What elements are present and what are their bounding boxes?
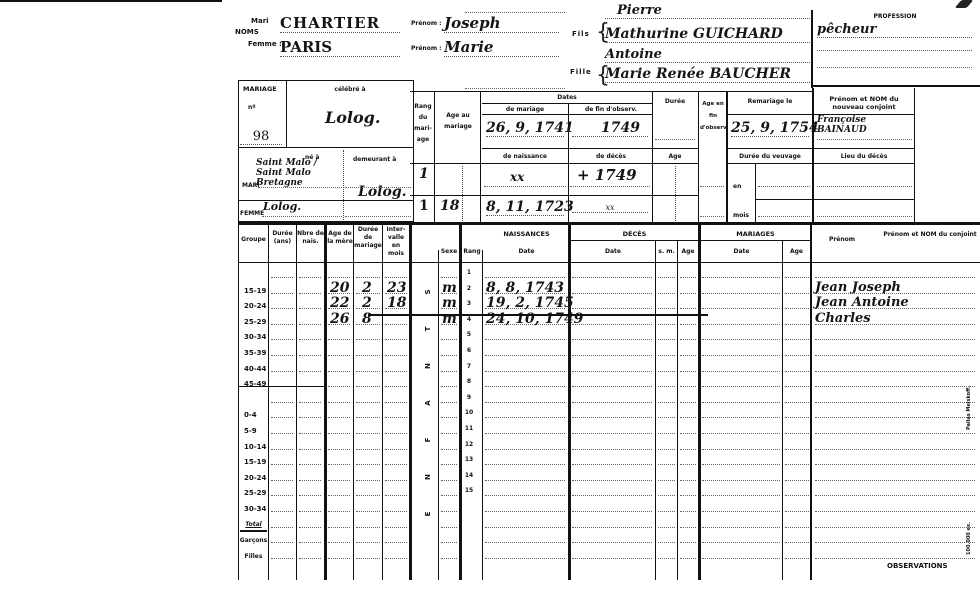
- enfants-letter: E: [424, 508, 432, 520]
- duree-label: Durée: [654, 98, 696, 105]
- row-dotted-line: [356, 495, 380, 496]
- row-dotted-line: [815, 371, 975, 372]
- rang-number: 3: [462, 300, 476, 307]
- no-label: nº: [248, 104, 256, 111]
- row-dotted-line: [702, 542, 780, 543]
- groupe-label: 0-4: [244, 411, 274, 419]
- row-dotted-line: [572, 402, 652, 403]
- row-dotted-line: [785, 558, 809, 559]
- col-border-14: [782, 240, 783, 580]
- mari-deces-field[interactable]: + 1749: [577, 166, 637, 184]
- row-dotted-line: [385, 386, 407, 387]
- row-dotted-line: [271, 324, 293, 325]
- profession-divider: [811, 10, 813, 88]
- noms-label: NOMS: [235, 28, 259, 36]
- child-age-mere[interactable]: 26: [330, 311, 349, 327]
- row-dotted-line: [356, 480, 380, 481]
- row-dotted-line: [785, 339, 809, 340]
- observations-label: OBSERVATIONS: [887, 562, 948, 570]
- row-dotted-line: [271, 542, 293, 543]
- lieu-deces-label-rule: [813, 163, 914, 164]
- groupe-label: 25-29: [244, 489, 274, 497]
- age-fin-line-1: [700, 186, 724, 187]
- hdr-prenom-conjoint: Prénom et NOM du conjoint: [880, 230, 980, 240]
- femme-label-mariage: FEMME: [240, 210, 264, 217]
- rang-number: 5: [462, 331, 476, 338]
- col-border-3: [324, 225, 327, 580]
- row-dotted-line: [441, 386, 457, 387]
- femme-age-field[interactable]: 18: [440, 198, 459, 214]
- rang-number: 6: [462, 347, 476, 354]
- conjoint-line: [817, 139, 912, 140]
- hdr-sm: s. m.: [656, 248, 677, 255]
- row-dotted-line: [328, 371, 350, 372]
- row-dotted-line: [356, 277, 380, 278]
- rang-number: 14: [462, 472, 476, 479]
- femme-label: Femme :: [248, 40, 282, 48]
- row-dotted-line: [271, 355, 293, 356]
- row-dotted-line: [271, 449, 293, 450]
- row-dotted-line: [328, 464, 350, 465]
- lieu-line-2: [817, 216, 912, 217]
- hdr-duree: Durée (ans): [269, 230, 296, 246]
- row-dotted-line: [485, 511, 565, 512]
- row-dotted-line: [485, 449, 565, 450]
- row-dotted-line: [441, 464, 457, 465]
- row-dotted-line: [485, 433, 565, 434]
- row-dotted-line: [658, 402, 675, 403]
- row-dotted-line: [680, 371, 696, 372]
- veuvage-line-2: [758, 216, 810, 217]
- mari-prenom-label: Prénom :: [411, 20, 442, 27]
- row-dotted-line: [785, 464, 809, 465]
- femme-nom-field[interactable]: PARIS: [280, 38, 400, 57]
- row-dotted-line: [385, 527, 407, 528]
- row-dotted-line: [328, 542, 350, 543]
- mariage-no-field[interactable]: 98: [240, 129, 282, 145]
- veuvage-line-1: [758, 186, 810, 187]
- child-intervalle[interactable]: 18: [387, 295, 406, 311]
- filles-label: Filles: [239, 553, 268, 560]
- row-dotted-line: [680, 293, 696, 294]
- row-dotted-line: [356, 527, 380, 528]
- row-dotted-line: [785, 511, 809, 512]
- row-dotted-line: [328, 480, 350, 481]
- row-dotted-line: [658, 339, 675, 340]
- row-dotted-line: [702, 433, 780, 434]
- row-dotted-line: [299, 449, 321, 450]
- femme-rang-field[interactable]: 1: [419, 198, 429, 214]
- nouveau-conjoint-field[interactable]: Françoise BAINAUD: [817, 115, 912, 135]
- observation-end-line: [368, 314, 708, 316]
- row-dotted-line: [441, 339, 457, 340]
- enfants-letter: F: [424, 434, 432, 446]
- child-prenom[interactable]: Charles: [815, 311, 871, 326]
- row-dotted-line: [702, 480, 780, 481]
- row-dotted-line: [485, 371, 565, 372]
- row-dotted-line: [702, 371, 780, 372]
- row-dotted-line: [680, 402, 696, 403]
- naissance-label-rule: [482, 163, 698, 164]
- duree-veuvage-label: Durée du veuvage: [730, 153, 810, 160]
- col-border-10: [568, 225, 571, 580]
- row-dotted-line: [299, 433, 321, 434]
- row-dotted-line: [485, 542, 565, 543]
- profession-bottom-rule: [812, 85, 980, 87]
- row-dotted-line: [785, 480, 809, 481]
- groupe-label: 30-34: [244, 505, 274, 513]
- row-dotted-line: [441, 558, 457, 559]
- mari-naissance-field[interactable]: xx: [510, 170, 524, 184]
- groupe-label: 15-19: [244, 458, 274, 466]
- corner-mark: [955, 0, 974, 8]
- row-dotted-line: [328, 433, 350, 434]
- row-dotted-line: [385, 433, 407, 434]
- row-dotted-line: [815, 402, 975, 403]
- mariage-dotted-divider: [343, 150, 344, 220]
- row-dotted-line: [356, 433, 380, 434]
- rang-number: 11: [462, 425, 476, 432]
- rang-age-rule-2: [410, 195, 482, 196]
- row-dotted-line: [328, 386, 350, 387]
- col-border-5: [382, 225, 383, 580]
- mariages-sub-rule: [701, 240, 810, 241]
- row-dotted-line: [385, 464, 407, 465]
- veuvage-inner-divider: [755, 163, 756, 222]
- row-dotted-line: [385, 480, 407, 481]
- row-dotted-line: [441, 277, 457, 278]
- mari-demeurant-line: [345, 187, 411, 188]
- row-dotted-line: [815, 495, 975, 496]
- rang-number: 1: [462, 269, 476, 276]
- date-mariage-field[interactable]: 26, 9, 1741: [486, 120, 564, 137]
- hdr-naissances: NAISSANCES: [485, 230, 568, 238]
- col-border-12: [677, 240, 678, 580]
- remariage-label-rule: [728, 114, 812, 115]
- mariage-no-divider: [286, 80, 287, 147]
- col-border-7: [438, 250, 439, 580]
- rang-number: 8: [462, 378, 476, 385]
- groupe-mid-rule: [239, 386, 324, 387]
- total-rule: [240, 530, 267, 532]
- row-dotted-line: [385, 542, 407, 543]
- conjoint-right-border: [914, 88, 915, 222]
- row-dotted-line: [785, 449, 809, 450]
- row-dotted-line: [680, 386, 696, 387]
- row-dotted-line: [658, 308, 675, 309]
- row-dotted-line: [441, 355, 457, 356]
- row-dotted-line: [271, 527, 293, 528]
- row-dotted-line: [572, 308, 652, 309]
- row-dotted-line: [680, 464, 696, 465]
- total-label: Total: [239, 521, 268, 528]
- row-dotted-line: [815, 386, 975, 387]
- row-dotted-line: [356, 402, 380, 403]
- groupe-label: 35-39: [244, 349, 274, 357]
- row-dotted-line: [441, 527, 457, 528]
- row-dotted-line: [441, 495, 457, 496]
- fin-observ-field[interactable]: 1749: [572, 120, 648, 137]
- dates-mid-rule: [482, 148, 698, 149]
- veuvage-rule-2: [755, 199, 812, 200]
- row-dotted-line: [328, 339, 350, 340]
- row-dotted-line: [785, 308, 809, 309]
- row-dotted-line: [485, 386, 565, 387]
- groupe-label: 25-29: [244, 318, 274, 326]
- lieu-line-1: [817, 186, 912, 187]
- row-dotted-line: [785, 293, 809, 294]
- row-dotted-line: [815, 527, 975, 528]
- mari-label: Mari: [251, 17, 269, 25]
- row-dotted-line: [658, 355, 675, 356]
- child-sexe[interactable]: m: [442, 295, 457, 311]
- rang-number: 13: [462, 456, 476, 463]
- duree-line: [655, 139, 695, 140]
- row-dotted-line: [328, 449, 350, 450]
- row-dotted-line: [356, 339, 380, 340]
- row-dotted-line: [356, 542, 380, 543]
- row-dotted-line: [785, 527, 809, 528]
- groupe-label: 30-34: [244, 333, 274, 341]
- lieu-rule-2: [813, 199, 914, 200]
- row-dotted-line: [356, 449, 380, 450]
- row-dotted-line: [680, 558, 696, 559]
- age-label: Age: [654, 153, 696, 160]
- row-dotted-line: [271, 417, 293, 418]
- row-dotted-line: [680, 417, 696, 418]
- mariage-mid-rule: [238, 147, 414, 148]
- row-dotted-line: [815, 449, 975, 450]
- row-dotted-line: [328, 495, 350, 496]
- row-dotted-line: [572, 433, 652, 434]
- child-age-mere[interactable]: 22: [330, 295, 349, 311]
- hdr-sexe: Sexe: [439, 248, 459, 255]
- row-dotted-line: [815, 480, 975, 481]
- celebre-field[interactable]: Lolog.: [325, 108, 380, 127]
- child-age-mere[interactable]: 20: [330, 280, 349, 296]
- femme-naissance-field[interactable]: 8, 11, 1723: [486, 199, 564, 216]
- row-dotted-line: [328, 558, 350, 559]
- row-dotted-line: [702, 527, 780, 528]
- row-dotted-line: [299, 527, 321, 528]
- rang-number: 12: [462, 441, 476, 448]
- row-dotted-line: [572, 417, 652, 418]
- row-dotted-line: [299, 339, 321, 340]
- femme-ne-field[interactable]: Lolog.: [263, 200, 301, 213]
- fille-mere-field[interactable]: Marie Renée BAUCHER: [605, 66, 810, 83]
- row-dotted-line: [385, 371, 407, 372]
- enfants-letter: A: [424, 397, 432, 409]
- fille-pere-field[interactable]: Antoine: [605, 47, 810, 63]
- row-dotted-line: [385, 277, 407, 278]
- celebre-label: célébré à: [300, 86, 400, 93]
- fils-label: Fils: [572, 30, 590, 38]
- hdr-groupe: Groupe: [239, 236, 268, 243]
- dates-header: Dates: [482, 94, 652, 101]
- fille-dotted-line: [465, 88, 565, 89]
- row-dotted-line: [702, 402, 780, 403]
- row-dotted-line: [680, 527, 696, 528]
- row-dotted-line: [385, 495, 407, 496]
- row-dotted-line: [385, 449, 407, 450]
- row-dotted-line: [658, 464, 675, 465]
- mari-prenom-field[interactable]: Joseph: [444, 14, 559, 33]
- row-dotted-line: [328, 402, 350, 403]
- dates-sub-rule: [482, 103, 652, 104]
- row-dotted-line: [785, 433, 809, 434]
- row-dotted-line: [356, 464, 380, 465]
- row-dotted-line: [271, 308, 293, 309]
- child-duree-mariage[interactable]: 2: [362, 280, 372, 296]
- row-dotted-line: [271, 293, 293, 294]
- fils-pere-field[interactable]: Pierre: [605, 3, 810, 19]
- child-duree-mariage[interactable]: 2: [362, 295, 372, 311]
- row-dotted-line: [785, 495, 809, 496]
- rang-age-rule-1: [410, 163, 482, 164]
- row-dotted-line: [271, 402, 293, 403]
- profession-line-3: [817, 67, 972, 68]
- row-dotted-line: [702, 277, 780, 278]
- row-dotted-line: [385, 511, 407, 512]
- row-dotted-line: [271, 433, 293, 434]
- hdr-mariages-date: Date: [701, 248, 782, 255]
- femme-prenom-field[interactable]: Marie: [444, 38, 559, 57]
- age-fin-observ-label: Age en fin d'observ.: [700, 98, 726, 134]
- row-dotted-line: [572, 293, 652, 294]
- row-dotted-line: [299, 355, 321, 356]
- row-dotted-line: [815, 339, 975, 340]
- hdr-deces-age: Age: [678, 248, 698, 255]
- child-intervalle[interactable]: 23: [387, 280, 406, 296]
- hdr-rang: Rang: [462, 248, 482, 255]
- dates-label-rule: [482, 114, 652, 115]
- row-dotted-line: [658, 542, 675, 543]
- row-dotted-line: [299, 324, 321, 325]
- age-dates-divider: [480, 91, 481, 222]
- row-dotted-line: [702, 324, 780, 325]
- row-dotted-line: [680, 277, 696, 278]
- rang-mariage-label: Rang du mari-age: [412, 101, 434, 145]
- hdr-prenom: Prénom: [812, 236, 872, 243]
- row-dotted-line: [328, 511, 350, 512]
- nouveau-conjoint-label: Prénom et NOM du nouveau conjoint: [816, 95, 912, 111]
- row-dotted-line: [299, 417, 321, 418]
- row-dotted-line: [271, 511, 293, 512]
- mari-rang-field[interactable]: 1: [419, 166, 429, 182]
- col-border-11: [655, 240, 656, 580]
- age-fin-line-2: [700, 216, 724, 217]
- child-naissance[interactable]: 19, 2, 1745: [486, 295, 574, 311]
- profession-label: PROFESSION: [830, 13, 960, 20]
- fils-dotted-line: [465, 12, 565, 13]
- row-dotted-line: [356, 417, 380, 418]
- row-dotted-line: [815, 464, 975, 465]
- col-border-8: [459, 225, 462, 580]
- mari-ne-field[interactable]: Saint Malo / Saint Malo Bretagne: [256, 158, 342, 188]
- lieu-deces-rule: [813, 148, 914, 149]
- conjoint-divider: [812, 88, 814, 222]
- groupe-label: 10-14: [244, 443, 274, 451]
- row-dotted-line: [702, 495, 780, 496]
- row-dotted-line: [485, 277, 565, 278]
- remariage-field[interactable]: 25, 9, 1754: [731, 120, 809, 137]
- lieu-deces-label: Lieu du décès: [816, 153, 912, 160]
- row-dotted-line: [680, 495, 696, 496]
- fils-mere-field[interactable]: Mathurine GUICHARD: [605, 26, 810, 43]
- mari-naissance-line: [484, 186, 566, 187]
- garcons-label: Garçons: [239, 537, 268, 544]
- femme-deces-field[interactable]: xx: [572, 203, 648, 213]
- row-dotted-line: [680, 511, 696, 512]
- row-dotted-line: [299, 293, 321, 294]
- row-dotted-line: [658, 558, 675, 559]
- age-fin-divider: [698, 91, 699, 222]
- row-dotted-line: [356, 386, 380, 387]
- age-mariage-label: Age au mariage: [440, 110, 476, 132]
- demeurant-label: demeurant à: [353, 156, 396, 163]
- row-dotted-line: [658, 511, 675, 512]
- row-dotted-line: [299, 402, 321, 403]
- rang-number: 2: [462, 285, 476, 292]
- child-prenom[interactable]: Jean Antoine: [815, 295, 909, 310]
- row-dotted-line: [702, 558, 780, 559]
- duree-divider: [652, 91, 653, 222]
- hdr-naissances-date: Date: [485, 248, 568, 255]
- row-dotted-line: [658, 527, 675, 528]
- remariage-label: Remariage le: [730, 98, 810, 105]
- row-dotted-line: [299, 511, 321, 512]
- mari-nom-field[interactable]: CHARTIER: [280, 14, 400, 33]
- child-sexe[interactable]: m: [442, 280, 457, 296]
- row-dotted-line: [299, 277, 321, 278]
- groupe-label: 20-24: [244, 474, 274, 482]
- row-dotted-line: [815, 542, 975, 543]
- femme-demeurant-line: [345, 216, 411, 217]
- row-dotted-line: [441, 402, 457, 403]
- row-dotted-line: [572, 449, 652, 450]
- femme-ne-line: [262, 216, 342, 217]
- hdr-mariages: MARIAGES: [701, 230, 810, 238]
- row-dotted-line: [572, 480, 652, 481]
- row-dotted-line: [485, 480, 565, 481]
- fille-label: Fille: [570, 68, 592, 76]
- child-prenom[interactable]: Jean Joseph: [815, 280, 901, 295]
- hdr-deces: DÉCÈS: [571, 230, 698, 238]
- row-dotted-line: [702, 386, 780, 387]
- hdr-duree-mariage: Durée de mariage: [354, 226, 382, 250]
- row-dotted-line: [658, 433, 675, 434]
- femme-dates-rule: [482, 195, 698, 196]
- col-border-4: [353, 225, 354, 580]
- profession-field[interactable]: pêcheur: [817, 22, 972, 38]
- child-naissance[interactable]: 8, 8, 1743: [486, 280, 564, 296]
- row-dotted-line: [572, 495, 652, 496]
- row-dotted-line: [441, 480, 457, 481]
- groupe-label: 5-9: [244, 427, 274, 435]
- row-dotted-line: [385, 417, 407, 418]
- printer-credit: Pallas Meiskoff.: [966, 386, 972, 430]
- row-dotted-line: [702, 308, 780, 309]
- row-dotted-line: [385, 402, 407, 403]
- row-dotted-line: [328, 527, 350, 528]
- row-dotted-line: [299, 495, 321, 496]
- row-dotted-line: [271, 371, 293, 372]
- row-dotted-line: [815, 277, 975, 278]
- de-naissance-label: de naissance: [484, 153, 566, 160]
- row-dotted-line: [785, 355, 809, 356]
- row-dotted-line: [441, 542, 457, 543]
- age-dots: [675, 166, 676, 221]
